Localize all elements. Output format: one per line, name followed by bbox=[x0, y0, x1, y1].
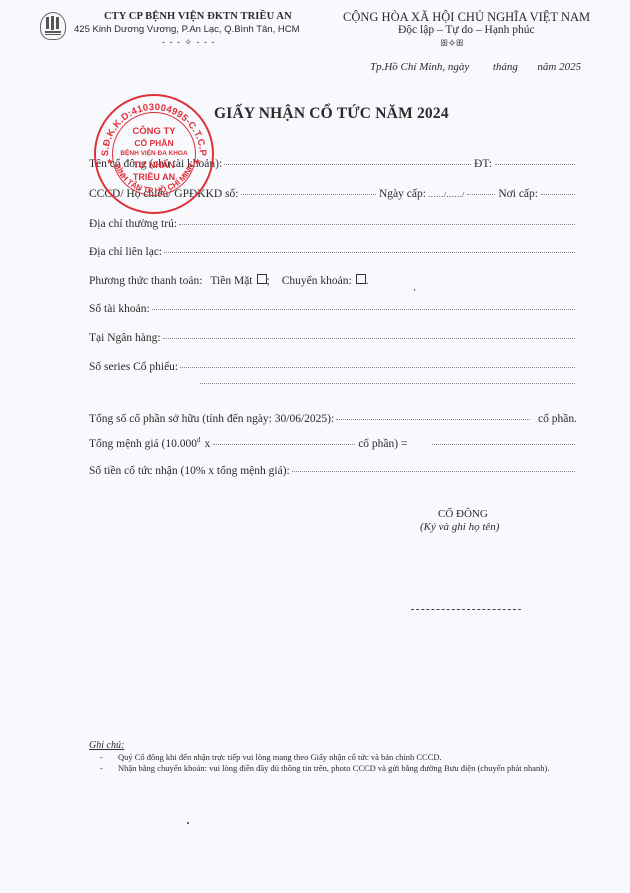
par-value-mult: x bbox=[200, 438, 211, 450]
signature-line[interactable] bbox=[411, 609, 521, 610]
share-series-label: Số series Cổ phiếu: bbox=[89, 361, 178, 373]
payment-transfer-separator: . bbox=[366, 275, 369, 287]
phone-field[interactable] bbox=[495, 163, 575, 165]
phone-label: ĐT: bbox=[473, 158, 493, 170]
payment-transfer-label: Chuyển khoản: bbox=[282, 275, 352, 287]
dividend-field[interactable] bbox=[292, 470, 575, 472]
signature-note: (Ký và ghi họ tên) bbox=[420, 521, 499, 533]
document-page: CTY CP BỆNH VIỆN ĐKTN TRIỀU AN 425 Kinh … bbox=[0, 0, 630, 893]
place-date-place: Tp.Hồ Chí Minh, ngày bbox=[370, 61, 469, 73]
payment-cash-label: Tiền Mặt bbox=[210, 275, 252, 287]
share-series-field-2[interactable] bbox=[200, 382, 575, 384]
note-item: Quý Cổ đông khi đến nhận trực tiếp vui l… bbox=[100, 752, 580, 763]
contact-address-label: Địa chỉ liên lạc: bbox=[89, 246, 162, 258]
company-address: 425 Kinh Dương Vương, P.An Lạc, Q.Bình T… bbox=[74, 24, 300, 35]
par-value-total-field[interactable] bbox=[432, 443, 575, 445]
par-value-row: Tổng mệnh giá (10.000đ x cổ phần) = bbox=[89, 436, 577, 450]
bank-label: Tại Ngân hàng: bbox=[89, 332, 161, 344]
stamp-line: CÔNG TY bbox=[96, 126, 212, 137]
account-number-field[interactable] bbox=[152, 308, 575, 310]
hospital-logo-icon bbox=[40, 12, 66, 40]
total-shares-unit: cổ phần. bbox=[538, 413, 577, 425]
share-series-field[interactable] bbox=[180, 366, 575, 368]
bank-field[interactable] bbox=[163, 337, 575, 339]
par-value-unit: cổ phần) = bbox=[357, 438, 408, 450]
total-shares-row: Tổng số cổ phần sở hữu (tính đến ngày: 3… bbox=[89, 413, 577, 425]
notes-heading: Ghi chú: bbox=[89, 740, 124, 751]
place-date: Tp.Hồ Chí Minh, ngày tháng năm 2025 bbox=[370, 61, 581, 73]
note-item: Nhận bằng chuyển khoản: vui lòng điền đầ… bbox=[100, 763, 580, 774]
stamp-line: TƯ NHÂN bbox=[96, 160, 212, 170]
notes-list: Quý Cổ đông khi đến nhận trực tiếp vui l… bbox=[100, 752, 580, 774]
account-number-label: Số tài khoản: bbox=[89, 303, 150, 315]
header-ornament-left: - - - ✧ - - - bbox=[162, 37, 216, 48]
issue-place-field[interactable] bbox=[541, 193, 575, 195]
contact-address-row: Địa chỉ liên lạc: bbox=[89, 246, 577, 258]
permanent-address-field[interactable] bbox=[179, 223, 575, 225]
issue-date-value: ……/……/ bbox=[427, 190, 465, 199]
dividend-label: Số tiền cổ tức nhận (10% x tổng mệnh giá… bbox=[89, 465, 290, 477]
scan-speck bbox=[414, 289, 415, 291]
permanent-address-label: Địa chỉ thường trú: bbox=[89, 218, 177, 230]
document-title: GIẤY NHẬN CỔ TỨC NĂM 2024 bbox=[214, 105, 449, 123]
national-motto: Độc lập – Tự do – Hạnh phúc bbox=[398, 24, 535, 36]
signature-title: CỔ ĐÔNG bbox=[438, 508, 488, 520]
scan-speck bbox=[187, 822, 189, 824]
company-name: CTY CP BỆNH VIỆN ĐKTN TRIỀU AN bbox=[104, 11, 292, 22]
issue-place-label: Nơi cấp: bbox=[497, 188, 539, 200]
total-shares-field[interactable] bbox=[336, 418, 530, 420]
bank-row: Tại Ngân hàng: bbox=[89, 332, 577, 344]
payment-method-row: Phương thức thanh toán: Tiền Mặt ; Chuyể… bbox=[89, 274, 577, 287]
national-title: CỘNG HÒA XÃ HỘI CHỦ NGHĨA VIỆT NAM bbox=[343, 10, 590, 25]
issue-date-label: Ngày cấp: bbox=[378, 188, 427, 200]
payment-transfer-checkbox[interactable] bbox=[356, 274, 366, 284]
company-stamp: S.Đ.K.K.D:4103004995-C.T.C.P BÌNH TÂN TP… bbox=[94, 94, 214, 214]
par-value-label: Tổng mệnh giá (10.000đ bbox=[89, 436, 200, 450]
header-ornament-right: ꕥ✧ꕥ bbox=[440, 38, 464, 49]
payment-cash-separator: ; bbox=[267, 275, 270, 287]
share-series-row: Số series Cổ phiếu: bbox=[89, 361, 577, 373]
contact-address-field[interactable] bbox=[164, 251, 575, 253]
payment-method-label: Phương thức thanh toán: bbox=[89, 275, 202, 287]
permanent-address-row: Địa chỉ thường trú: bbox=[89, 218, 577, 230]
stamp-line: BỆNH VIỆN ĐA KHOA bbox=[96, 150, 212, 157]
dividend-row: Số tiền cổ tức nhận (10% x tổng mệnh giá… bbox=[89, 465, 577, 477]
id-field[interactable] bbox=[241, 193, 376, 195]
total-shares-label: Tổng số cổ phần sở hữu (tính đến ngày: 3… bbox=[89, 413, 334, 425]
shareholder-name-field[interactable] bbox=[224, 163, 471, 165]
par-value-shares-field[interactable] bbox=[213, 443, 355, 445]
stamp-line: CỔ PHẦN bbox=[96, 138, 212, 148]
account-number-row: Số tài khoản: bbox=[89, 303, 577, 315]
place-date-month: tháng bbox=[493, 61, 518, 73]
stamp-line: TRIỀU AN bbox=[96, 172, 212, 182]
payment-cash-checkbox[interactable] bbox=[257, 274, 267, 284]
share-series-row-2 bbox=[198, 384, 577, 386]
place-date-year: năm 2025 bbox=[537, 61, 581, 73]
issue-date-field[interactable] bbox=[467, 193, 495, 195]
